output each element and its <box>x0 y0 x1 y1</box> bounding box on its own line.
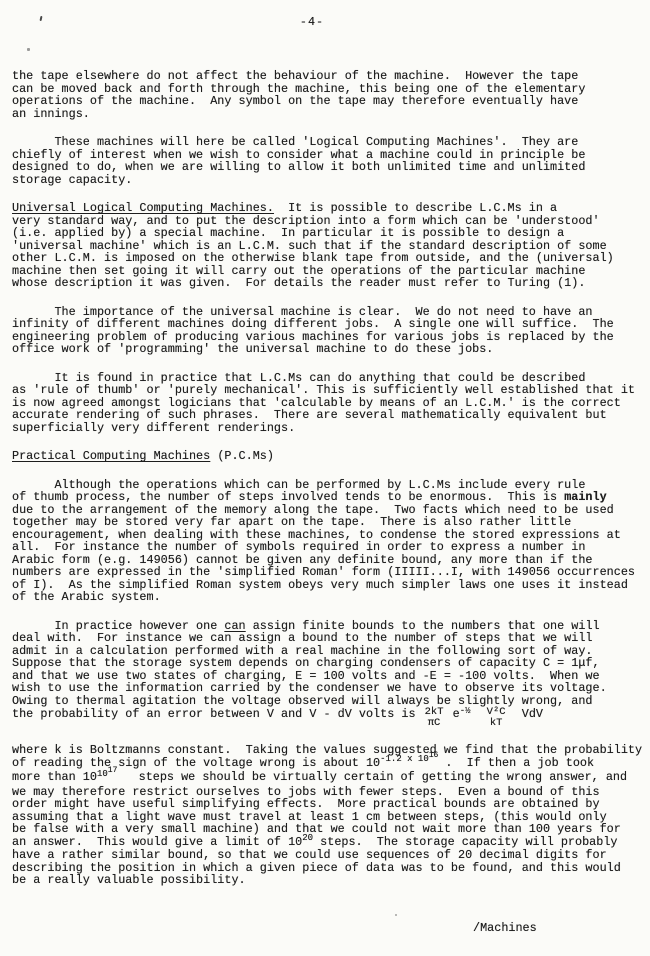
overstruck-text: mainly <box>564 490 606 504</box>
text-line: be a really valuable possibility. <box>12 874 648 887</box>
text-line: other L.C.M. is imposed on the otherwise… <box>12 252 648 265</box>
fraction-denominator: kT <box>487 718 506 729</box>
text-line: designed to do, when we are willing to a… <box>12 161 648 174</box>
superscript: -1.2 x 1016 <box>380 754 438 764</box>
text-line: superficially very different renderings. <box>12 422 648 435</box>
text-line: Suppose that the storage system depends … <box>12 657 648 670</box>
footer-catchword: /Machines <box>473 921 537 935</box>
text-line: an answer. This would give a limit of 10… <box>12 836 648 850</box>
inline-fraction: V²CkT <box>485 707 508 728</box>
text-line: operations of the machine. Any symbol on… <box>12 95 648 108</box>
paragraph: The importance of the universal machine … <box>12 306 648 356</box>
text-line: more than 101017 steps we should be virt… <box>12 771 648 786</box>
paragraph: Although the operations which can be per… <box>12 479 648 604</box>
text-line: These machines will here be called 'Logi… <box>12 136 648 149</box>
text-line: as 'rule of thumb' or 'purely mechanical… <box>12 384 648 397</box>
ink-speck <box>395 914 397 916</box>
text-line: infinity of different machines doing dif… <box>12 318 648 331</box>
paragraph: It is found in practice that L.C.Ms can … <box>12 372 648 435</box>
superscript: 1017 <box>97 769 117 779</box>
fraction-denominator: πC <box>425 718 444 729</box>
text-line: the probability of an error between V an… <box>12 707 648 728</box>
paragraph: Practical Computing Machines (P.C.Ms) <box>12 450 648 463</box>
ink-speck <box>27 48 30 51</box>
text-line: order might have useful simplifying effe… <box>12 798 648 811</box>
paragraph: the tape elsewhere do not affect the beh… <box>12 70 648 120</box>
superscript: 16 <box>429 751 439 760</box>
text-line: of thumb process, the number of steps in… <box>12 491 648 504</box>
fraction-numerator: V²C <box>487 707 506 718</box>
text-line: all. For instance the number of symbols … <box>12 541 648 554</box>
text-line: Practical Computing Machines (P.C.Ms) <box>12 450 648 463</box>
text-line: office work of 'programming' the univers… <box>12 343 648 356</box>
page-number: -4- <box>0 15 637 29</box>
text-line: wish to use the information carried by t… <box>12 682 648 695</box>
text-line: Owing to thermal agitation the voltage o… <box>12 695 648 708</box>
text-line: have a rather similar bound, so that we … <box>12 849 648 862</box>
document-page: -4- the tape elsewhere do not affect the… <box>0 0 650 956</box>
text-line: of the Arabic system. <box>12 591 648 604</box>
fraction-numerator: 2kT <box>425 707 444 718</box>
text-line: where k is Boltzmanns constant. Taking t… <box>12 744 648 757</box>
paragraph: In practice however one can assign finit… <box>12 620 648 729</box>
superscript: 17 <box>108 766 118 775</box>
text-line: storage capacity. <box>12 174 648 187</box>
superscript: 20 <box>302 833 313 843</box>
superscript: -½ <box>460 706 471 716</box>
text-line: together may be stored very far apart on… <box>12 516 648 529</box>
paragraph: These machines will here be called 'Logi… <box>12 136 648 186</box>
text-line: deal with. For instance we can assign a … <box>12 632 648 645</box>
text-line: be false with a very small machine) and … <box>12 823 648 836</box>
paragraph: Universal Logical Computing Machines. It… <box>12 202 648 290</box>
underlined-text: Practical Computing Machines <box>12 449 210 463</box>
text-line: numbers are expressed in the 'simplified… <box>12 566 648 579</box>
text-line: Universal Logical Computing Machines. It… <box>12 202 648 215</box>
text-line: an innings. <box>12 108 648 121</box>
text-line: (i.e. applied by) a special machine. In … <box>12 227 648 240</box>
text-line: whose description it was given. For deta… <box>12 277 648 290</box>
inline-fraction: 2kTπC <box>423 707 446 728</box>
paragraph: where k is Boltzmanns constant. Taking t… <box>12 744 648 887</box>
document-body: the tape elsewhere do not affect the beh… <box>12 70 648 903</box>
underlined-text: Universal Logical Computing Machines. <box>12 201 274 215</box>
text-line: the tape elsewhere do not affect the beh… <box>12 70 648 83</box>
text-line: accurate rendering of such phrases. Ther… <box>12 409 648 422</box>
